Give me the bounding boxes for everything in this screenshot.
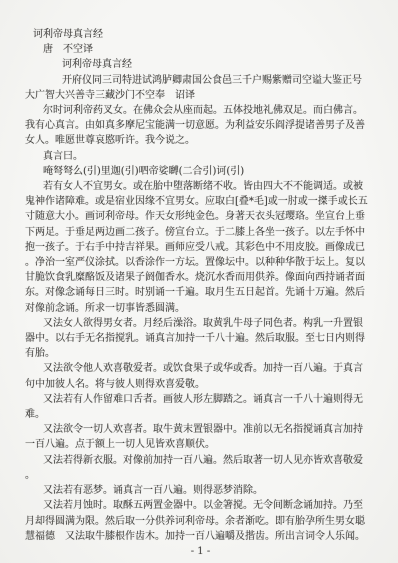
attribution-line: 开府仪同三司特进试鸿胪卿肃国公食邑三千户赐紫赠司空谥大鉴正号 [25, 73, 376, 88]
mantra-line: 唵弩弩么(引)里迦(引)呬帝娑嚩(二合引)诃(引) [25, 164, 376, 179]
text-line: 一百八遍。点于额上一切人见皆欢喜顺伏。 [25, 437, 376, 452]
text-line: 若有女人不宜男女。或在胎中堕落断绪不收。皆由四大不不能调适。或被 [25, 179, 376, 194]
text-line: 月却得圆满为限。然后取一分供养诃利帝母。余者渐吃。即有胎孕所生男女聪 [25, 514, 376, 529]
text-line: 对像前念诵。所求一切事皆悉圆满。 [25, 301, 376, 316]
text-line: 又法若有恶梦。诵真言一百八遍。则得恶梦消除。 [25, 483, 376, 498]
title-header-line: 诃利帝母真言经 [25, 27, 376, 42]
translator-line: 唐 不空译 [25, 42, 376, 57]
text-line: 难。 [25, 407, 376, 422]
text-line: 又法若月蚀时。取酥五两置金器中。以金箸搅。无令间断念诵加持。乃至 [25, 498, 376, 513]
text-line: 慧福德 又法取牛膝根作齿木。加持一百八遍嚼及揩齿。所出言词令人乐闻。 [25, 529, 376, 544]
scanned-sutra-page: 诃利帝母真言经 唐 不空译 诃利帝母真言经 开府仪同三司特进试鸿胪卿肃国公食邑三… [0, 0, 398, 563]
text-line: 鬼神作诸障难。或是宿业因缘不宜男女。应取白[叠*毛]或一肘或一搩手或长五 [25, 194, 376, 209]
text-line: 下两足。于垂足两边画二孩子。傍宣台立。于二膝上各坐一孩子。以左手怀中 [25, 225, 376, 240]
text-line: 又法欲令一切人欢喜者。取牛黄末置银器中。准前以无名指搅诵真言加持 [25, 422, 376, 437]
text-line: 女人。唯愿世尊哀愍听许。我今说之。 [25, 133, 376, 148]
text-line: 有胎。 [25, 346, 376, 361]
text-line: 。净治一室严仪涂拭。以香涂作一方坛。置像坛中。以种种华散于坛上。复以 [25, 255, 376, 270]
text-line: 器中。以右手无名指搅乳。诵真言加持一千八十遍。然后取服。至七日内则得 [25, 331, 376, 346]
text-line: 又法若得新衣服。对像前加持一百八遍。然后取著一切人见亦皆欢喜敬爱 [25, 453, 376, 468]
mantra-intro-line: 真言曰。 [25, 149, 376, 164]
inner-title-line: 诃利帝母真言经 [25, 57, 376, 72]
text-line: 我有心真言。由如真多摩尼宝能满一切意愿。为利益安乐阎浮提诸善男子及善 [25, 118, 376, 133]
text-line: 尔时诃利帝药叉女。在佛众会从座而起。五体投地礼佛双足。而白佛言。 [25, 103, 376, 118]
text-line: 寸随意大小。画诃利帝母。作天女形纯金色。身著天衣头冠璎珞。坐宣台上垂 [25, 209, 376, 224]
page-number: - 1 - [25, 544, 376, 559]
attribution-line: 大广智大兴善寺三藏沙门不空奉 诏译 [25, 88, 376, 103]
text-line: 又法若有人作留难口舌者。画彼人形左脚踏之。诵真言一千八十遍则得无 [25, 392, 376, 407]
text-line: 。 [25, 468, 376, 483]
text-line: 东。对像念诵每日三时。时别诵一千遍。取月生五日起首。先诵十万遍。然后 [25, 285, 376, 300]
text-line: 又法女人欲得男女者。月经后澡浴。取黄乳牛母子同色者。构乳一升置银 [25, 316, 376, 331]
text-line: 甘脆饮食乳糜酪饭及诸果子阏伽香水。烧沉水香而用供养。像面向西持诵者面 [25, 270, 376, 285]
text-line: 句中加彼人名。将与彼人则得欢喜爱敬。 [25, 377, 376, 392]
text-line: 又法欲令他人欢喜敬爱者。或饮食果子或华或香。加持一百八遍。于真言 [25, 361, 376, 376]
text-line: 抱一孩子。于右手中持吉祥果。画师应受八戒。其彩色中不用皮胶。画像成已 [25, 240, 376, 255]
